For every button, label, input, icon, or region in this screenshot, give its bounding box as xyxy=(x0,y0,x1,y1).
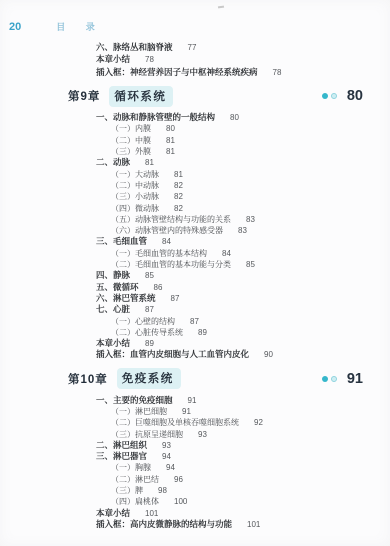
toc-entry: （一）胸腺 94 xyxy=(0,462,390,473)
entry-title: （二）中膜 xyxy=(111,135,151,146)
toc-entry: 插入框：神经营养因子与中枢神经系统疾病 78 xyxy=(0,66,390,78)
entry-title: 三、毛细血管 xyxy=(96,236,147,247)
entry-title: 六、淋巴管系统 xyxy=(96,293,156,304)
toc-entry: （二）心脏传导系统 89 xyxy=(0,327,390,338)
entry-page-number: 81 xyxy=(166,146,175,157)
front-matter-entries: 六、脉络丛和脑脊液 77 本章小结 78 插入框：神经营养因子与中枢神经系统疾病… xyxy=(0,41,390,78)
entry-page-number: 94 xyxy=(166,462,175,473)
toc-entry: （二）淋巴结 96 xyxy=(0,474,390,485)
entry-page-number: 84 xyxy=(222,248,231,259)
toc-entry: （一）内膜 80 xyxy=(0,123,390,134)
chapter-label: 第9章 xyxy=(68,88,100,104)
toc-entry: （一）心壁的结构 87 xyxy=(0,316,390,327)
entry-page-number: 100 xyxy=(174,496,187,507)
entry-title: （二）巨噬细胞及单核吞噬细胞系统 xyxy=(111,417,239,428)
entry-title: 插入框：血管内皮细胞与人工血管内皮化 xyxy=(96,349,249,360)
chapter-page-group: 80 xyxy=(322,88,363,104)
toc-entry: 六、淋巴管系统 87 xyxy=(0,293,390,304)
entry-title: 四、静脉 xyxy=(96,270,130,281)
entry-title: 本章小结 xyxy=(96,508,130,519)
entry-page-number: 82 xyxy=(174,203,183,214)
two-dots-icon xyxy=(322,93,328,99)
toc-entry: （三）脾 98 xyxy=(0,485,390,496)
entry-title: （一）毛细血管的基本结构 xyxy=(111,248,207,259)
entry-page-number: 82 xyxy=(174,191,183,202)
toc-entry: 本章小结 78 xyxy=(0,53,390,65)
toc-entry: 三、淋巴器官 94 xyxy=(0,451,390,462)
entry-title: 七、心脏 xyxy=(96,304,130,315)
toc-entry: （二）中动脉 82 xyxy=(0,180,390,191)
chapter-9-section: 第9章 循环系统 80 一、动脉和静脉管壁的一般结构 80 （一）内 xyxy=(0,87,390,361)
entry-page-number: 87 xyxy=(190,316,199,327)
toc-entry: 二、动脉 81 xyxy=(0,157,390,168)
page-header: 20 目 录 xyxy=(9,20,104,33)
entry-page-number: 101 xyxy=(247,519,260,530)
entry-page-number: 78 xyxy=(273,67,282,79)
entry-title: 五、微循环 xyxy=(96,282,139,293)
entry-page-number: 84 xyxy=(162,236,171,247)
toc-entry: （三）小动脉 82 xyxy=(0,191,390,202)
entry-title: （一）内膜 xyxy=(111,123,151,134)
chapter-label: 第10章 xyxy=(68,371,108,387)
entry-title: 插入框：高内皮微静脉的结构与功能 xyxy=(96,519,232,530)
toc-entry: 本章小结 89 xyxy=(0,338,390,349)
entry-title: （一）心壁的结构 xyxy=(111,316,175,327)
toc-entry: 插入框：血管内皮细胞与人工血管内皮化 90 xyxy=(0,349,390,360)
toc-entry: （二）中膜 81 xyxy=(0,135,390,146)
entry-title: 六、脉络丛和脑脊液 xyxy=(96,41,173,53)
entry-page-number: 96 xyxy=(174,474,183,485)
toc-entry: （一）大动脉 81 xyxy=(0,169,390,180)
toc-entry: （一）毛细血管的基本结构 84 xyxy=(0,248,390,259)
entry-page-number: 94 xyxy=(162,451,171,462)
entry-page-number: 83 xyxy=(238,225,247,236)
toc-entry: （五）动脉管壁结构与功能的关系 83 xyxy=(0,214,390,225)
entry-title: （四）扁桃体 xyxy=(111,496,159,507)
entry-page-number: 92 xyxy=(254,417,263,428)
entry-page-number: 85 xyxy=(145,270,154,281)
entry-page-number: 90 xyxy=(264,349,273,360)
entry-page-number: 87 xyxy=(145,304,154,315)
page-number: 20 xyxy=(9,21,21,33)
chapter-9-entries: 一、动脉和静脉管壁的一般结构 80 （一）内膜 80 （二）中膜 81 xyxy=(0,112,390,361)
entry-title: （三）抗原呈递细胞 xyxy=(111,429,183,440)
toc-entry: （三）外膜 81 xyxy=(0,146,390,157)
entry-title: （二）淋巴结 xyxy=(111,474,159,485)
chapter-10-section: 第10章 免疫系统 91 一、主要的免疫细胞 91 （一）淋巴细胞 xyxy=(0,370,390,531)
entry-page-number: 101 xyxy=(145,508,158,519)
entry-title: （一）大动脉 xyxy=(111,169,159,180)
chapter-9-heading: 第9章 循环系统 80 xyxy=(0,87,390,105)
entry-title: 一、主要的免疫细胞 xyxy=(96,395,173,406)
entry-title: 二、动脉 xyxy=(96,157,130,168)
chapter-10-entries: 一、主要的免疫细胞 91 （一）淋巴细胞 91 （二）巨噬细胞及单核吞噬细胞系统… xyxy=(0,395,390,531)
entry-title: （一）胸腺 xyxy=(111,462,151,473)
chapter-10-heading: 第10章 免疫系统 91 xyxy=(0,370,390,388)
toc-entry: 七、心脏 87 xyxy=(0,304,390,315)
entry-title: （四）微动脉 xyxy=(111,203,159,214)
entry-title: （三）外膜 xyxy=(111,146,151,157)
entry-page-number: 81 xyxy=(166,135,175,146)
entry-title: 二、淋巴组织 xyxy=(96,440,147,451)
entry-title: 本章小结 xyxy=(96,338,130,349)
two-dots-icon xyxy=(331,376,337,382)
entry-title: （三）小动脉 xyxy=(111,191,159,202)
toc-entry: （六）动脉管壁内的特殊感受器 83 xyxy=(0,225,390,236)
entry-page-number: 82 xyxy=(174,180,183,191)
toc-entry: 本章小结 101 xyxy=(0,508,390,519)
entry-title: 一、动脉和静脉管壁的一般结构 xyxy=(96,112,215,123)
entry-title: 本章小结 xyxy=(96,53,130,65)
chapter-title: 免疫系统 xyxy=(117,368,181,389)
entry-title: 三、淋巴器官 xyxy=(96,451,147,462)
entry-title: （二）毛细血管的基本功能与分类 xyxy=(111,259,231,270)
two-dots-icon xyxy=(322,376,328,382)
entry-page-number: 80 xyxy=(166,123,175,134)
entry-page-number: 91 xyxy=(188,395,197,406)
entry-page-number: 91 xyxy=(182,406,191,417)
toc-entry: （二）毛细血管的基本功能与分类 85 xyxy=(0,259,390,270)
entry-title: （六）动脉管壁内的特殊感受器 xyxy=(111,225,223,236)
toc-entry: （三）抗原呈递细胞 93 xyxy=(0,429,390,440)
toc-entry: （一）淋巴细胞 91 xyxy=(0,406,390,417)
toc-entry: 一、动脉和静脉管壁的一般结构 80 xyxy=(0,112,390,123)
chapter-page-number: 91 xyxy=(347,371,363,387)
entry-page-number: 93 xyxy=(198,429,207,440)
entry-title: （二）心脏传导系统 xyxy=(111,327,183,338)
chapter-title: 循环系统 xyxy=(109,86,173,107)
entry-page-number: 89 xyxy=(198,327,207,338)
entry-title: （一）淋巴细胞 xyxy=(111,406,167,417)
entry-page-number: 89 xyxy=(145,338,154,349)
entry-page-number: 98 xyxy=(158,485,167,496)
entry-page-number: 87 xyxy=(171,293,180,304)
toc-content: 六、脉络丛和脑脊液 77 本章小结 78 插入框：神经营养因子与中枢神经系统疾病… xyxy=(0,41,390,530)
entry-page-number: 80 xyxy=(230,112,239,123)
entry-page-number: 83 xyxy=(246,214,255,225)
chapter-page-number: 80 xyxy=(347,88,363,104)
toc-entry: 一、主要的免疫细胞 91 xyxy=(0,395,390,406)
toc-entry: （四）扁桃体 100 xyxy=(0,496,390,507)
toc-entry: 五、微循环 86 xyxy=(0,282,390,293)
toc-entry: 三、毛细血管 84 xyxy=(0,236,390,247)
entry-page-number: 81 xyxy=(174,169,183,180)
entry-page-number: 86 xyxy=(154,282,163,293)
header-title: 目 录 xyxy=(56,20,104,33)
toc-entry: 六、脉络丛和脑脊液 77 xyxy=(0,41,390,53)
scan-artifact xyxy=(218,6,224,9)
toc-entry: （二）巨噬细胞及单核吞噬细胞系统 92 xyxy=(0,417,390,428)
entry-title: 插入框：神经营养因子与中枢神经系统疾病 xyxy=(96,66,258,78)
toc-entry: 插入框：高内皮微静脉的结构与功能 101 xyxy=(0,519,390,530)
toc-entry: 二、淋巴组织 93 xyxy=(0,440,390,451)
chapter-page-group: 91 xyxy=(322,371,363,387)
entry-page-number: 93 xyxy=(162,440,171,451)
entry-page-number: 77 xyxy=(188,42,197,54)
entry-title: （三）脾 xyxy=(111,485,143,496)
entry-page-number: 85 xyxy=(246,259,255,270)
toc-page: 20 目 录 六、脉络丛和脑脊液 77 本章小结 78 插入框：神经营养因子与中… xyxy=(0,0,390,546)
entry-title: （五）动脉管壁结构与功能的关系 xyxy=(111,214,231,225)
entry-page-number: 81 xyxy=(145,157,154,168)
toc-entry: 四、静脉 85 xyxy=(0,270,390,281)
entry-title: （二）中动脉 xyxy=(111,180,159,191)
two-dots-icon xyxy=(331,93,337,99)
toc-entry: （四）微动脉 82 xyxy=(0,203,390,214)
